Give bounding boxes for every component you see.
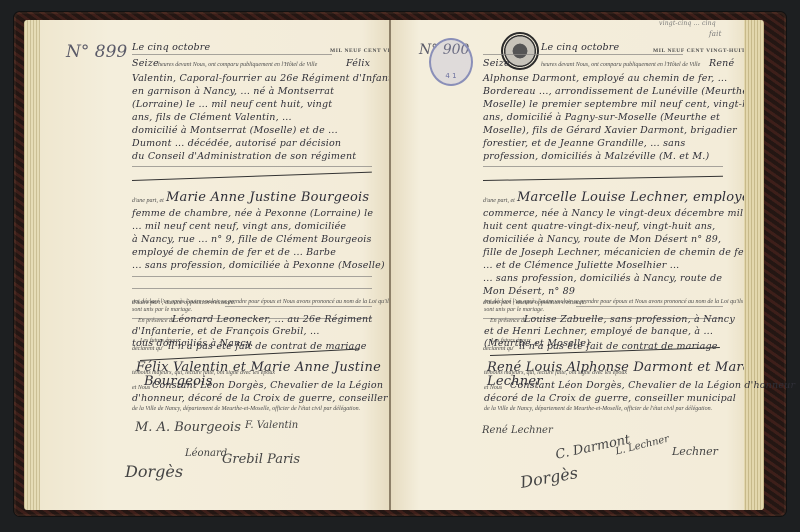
witness-line: d'Infanterie, et de François Grebil, ...: [132, 326, 320, 337]
groom-line: (Lorraine) le ... mil neuf cent huit, vi…: [132, 99, 332, 110]
bride-prefix: d'une part, et: [483, 198, 515, 204]
signature: René Lechner: [482, 425, 553, 436]
officer-prefix: et Nous: [484, 385, 502, 391]
groom-line: Moselle) le premier septembre mil neuf c…: [483, 99, 744, 110]
groom-line: ans, domicilié à Pagny-sur-Moselle (Meur…: [483, 112, 720, 123]
bride-line: Marie Anne Justine Bourgeois: [166, 190, 369, 205]
signature: Léonard: [185, 448, 227, 459]
printed-year: MIL NEUF CENT VINGT-HUIT,: [653, 48, 744, 54]
officer-line: Constant Léon Dorgès, Chevalier de la Lé…: [152, 380, 383, 391]
rule: [132, 166, 372, 167]
closing-printed: témoins majeurs, qui, lecture faite, ont…: [132, 370, 275, 376]
signature: Grebil Paris: [222, 452, 300, 467]
officer-line: Constant Léon Dorgès, Chevalier de la Lé…: [510, 380, 795, 391]
hour-handwritten: Seize: [132, 58, 159, 69]
groom-line: profession, domiciliés à Malzéville (M. …: [483, 151, 709, 162]
groom-line: Bordereau ..., arrondissement de Lunévil…: [483, 86, 744, 97]
rule: [483, 166, 723, 167]
rule: [132, 288, 372, 289]
witness-line: et de Henri Lechner, employé de banque, …: [484, 326, 713, 337]
printed-intro: heures devant Nous, ont comparu publique…: [158, 62, 317, 68]
officer-line: décoré de la Croix de guerre, conseiller…: [484, 393, 736, 404]
groom-line: Alphonse Darmont, employé au chemin de f…: [483, 73, 727, 84]
groom-line: Dumont ... décédée, autorisé par décisio…: [132, 138, 341, 149]
right-page: N° 900 vingt-cinq ... cinq fait 4 1 Le c…: [391, 20, 744, 510]
strike-line: [132, 172, 372, 181]
groom-line: en garnison à Nancy, ... né à Montserrat: [132, 86, 334, 97]
bride-prefix: d'une part, et: [132, 198, 164, 204]
printed-year: MIL NEUF CENT VINGT-HUIT,: [330, 48, 390, 54]
bride-line: ... sans profession, domiciliée à Pexonn…: [132, 260, 385, 271]
printed-intro: heures devant Nous, ont comparu publique…: [541, 62, 700, 68]
bride-line: à Nancy, rue ... n° 9, fille de Clément …: [132, 234, 372, 245]
groom-line: du Conseil d'Administration de son régim…: [132, 151, 356, 162]
signature: M. A. Bourgeois: [135, 420, 241, 435]
rule: [132, 276, 372, 277]
witness-prefix: En présence de: [138, 318, 175, 324]
groom-line: Moselle), fils de Gérard Xavier Darmont,…: [483, 125, 737, 136]
page-edges-right: [742, 20, 764, 510]
stamp-text: 4 1: [431, 72, 471, 80]
municipal-stamp-blue: 4 1: [429, 38, 473, 86]
date-handwritten: Le cinq octobre: [132, 42, 210, 53]
groom-line: domicilié à Montserrat (Moselle) et de .…: [132, 125, 338, 136]
witness-line: Louise Zabuelle, sans profession, à Nanc…: [524, 314, 735, 325]
bride-line: femme de chambre, née à Pexonne (Lorrain…: [132, 208, 373, 219]
groom-line: ans, fils de Clément Valentin, ...: [132, 112, 292, 123]
bride-line: employé de chemin de fer et de ... Barbe: [132, 247, 336, 258]
rule: [132, 54, 332, 55]
bride-line: commerce, née à Nancy le vingt-deux déce…: [483, 208, 743, 219]
groom-line: Valentin, Caporal-fourrier au 26e Régime…: [132, 73, 390, 84]
bride-line: ... et de Clémence Juliette Moselhier ..…: [483, 260, 679, 271]
groom-first-name: Félix: [346, 58, 370, 69]
date-handwritten: Le cinq octobre: [541, 42, 619, 53]
groom-line: forestier, et de Jeanne Grandille, ... s…: [483, 138, 685, 149]
bride-line: ... mil neuf cent neuf, vingt ans, domic…: [132, 221, 346, 232]
closing-printed: témoins majeurs, qui, lecture faite, ont…: [484, 370, 627, 376]
hour-handwritten: Seize: [483, 58, 510, 69]
witness-prefix: En présence de: [490, 318, 527, 324]
officer-printed: de la Ville de Nancy, département de Meu…: [484, 406, 712, 412]
officer-printed: de la Ville de Nancy, département de Meu…: [132, 406, 360, 412]
act-number: N° 899: [66, 42, 127, 62]
witness-line: Léonard Leonecker, ... au 26e Régiment: [172, 314, 372, 325]
margin-note: fait: [709, 30, 722, 38]
groom-first-name: René: [709, 58, 734, 69]
declaration: ont déclaré l'un après l'autre vouloir s…: [132, 298, 394, 314]
signature: Lechner: [672, 445, 718, 458]
bride-line: Mon Désert, n° 89: [483, 286, 575, 297]
signature: F. Valentin: [245, 420, 298, 431]
left-page: N° 899 Le cinq octobre MIL NEUF CENT VIN…: [40, 20, 390, 510]
bride-line: Marcelle Louise Lechner, employée de: [517, 190, 744, 205]
bride-line: domiciliée à Nancy, route de Mon Désert …: [483, 234, 721, 245]
margin-note: vingt-cinq ... cinq: [659, 20, 716, 27]
signature: Dorgès: [125, 462, 183, 481]
witness-line: tous domiciliés à Nancy.: [132, 338, 253, 349]
bride-line: ... sans profession, domiciliés à Nancy,…: [483, 273, 722, 284]
bride-line: fille de Joseph Lechner, mécanicien de c…: [483, 247, 744, 258]
strike-line: [483, 176, 723, 181]
declaration: ont déclaré l'un après l'autre vouloir s…: [484, 298, 746, 314]
bride-line: huit cent quatre-vingt-dix-neuf, vingt-h…: [483, 221, 715, 232]
rule: [483, 54, 683, 55]
officer-prefix: et Nous: [132, 385, 150, 391]
witness-line: (Meurthe et Moselle): [484, 338, 590, 349]
